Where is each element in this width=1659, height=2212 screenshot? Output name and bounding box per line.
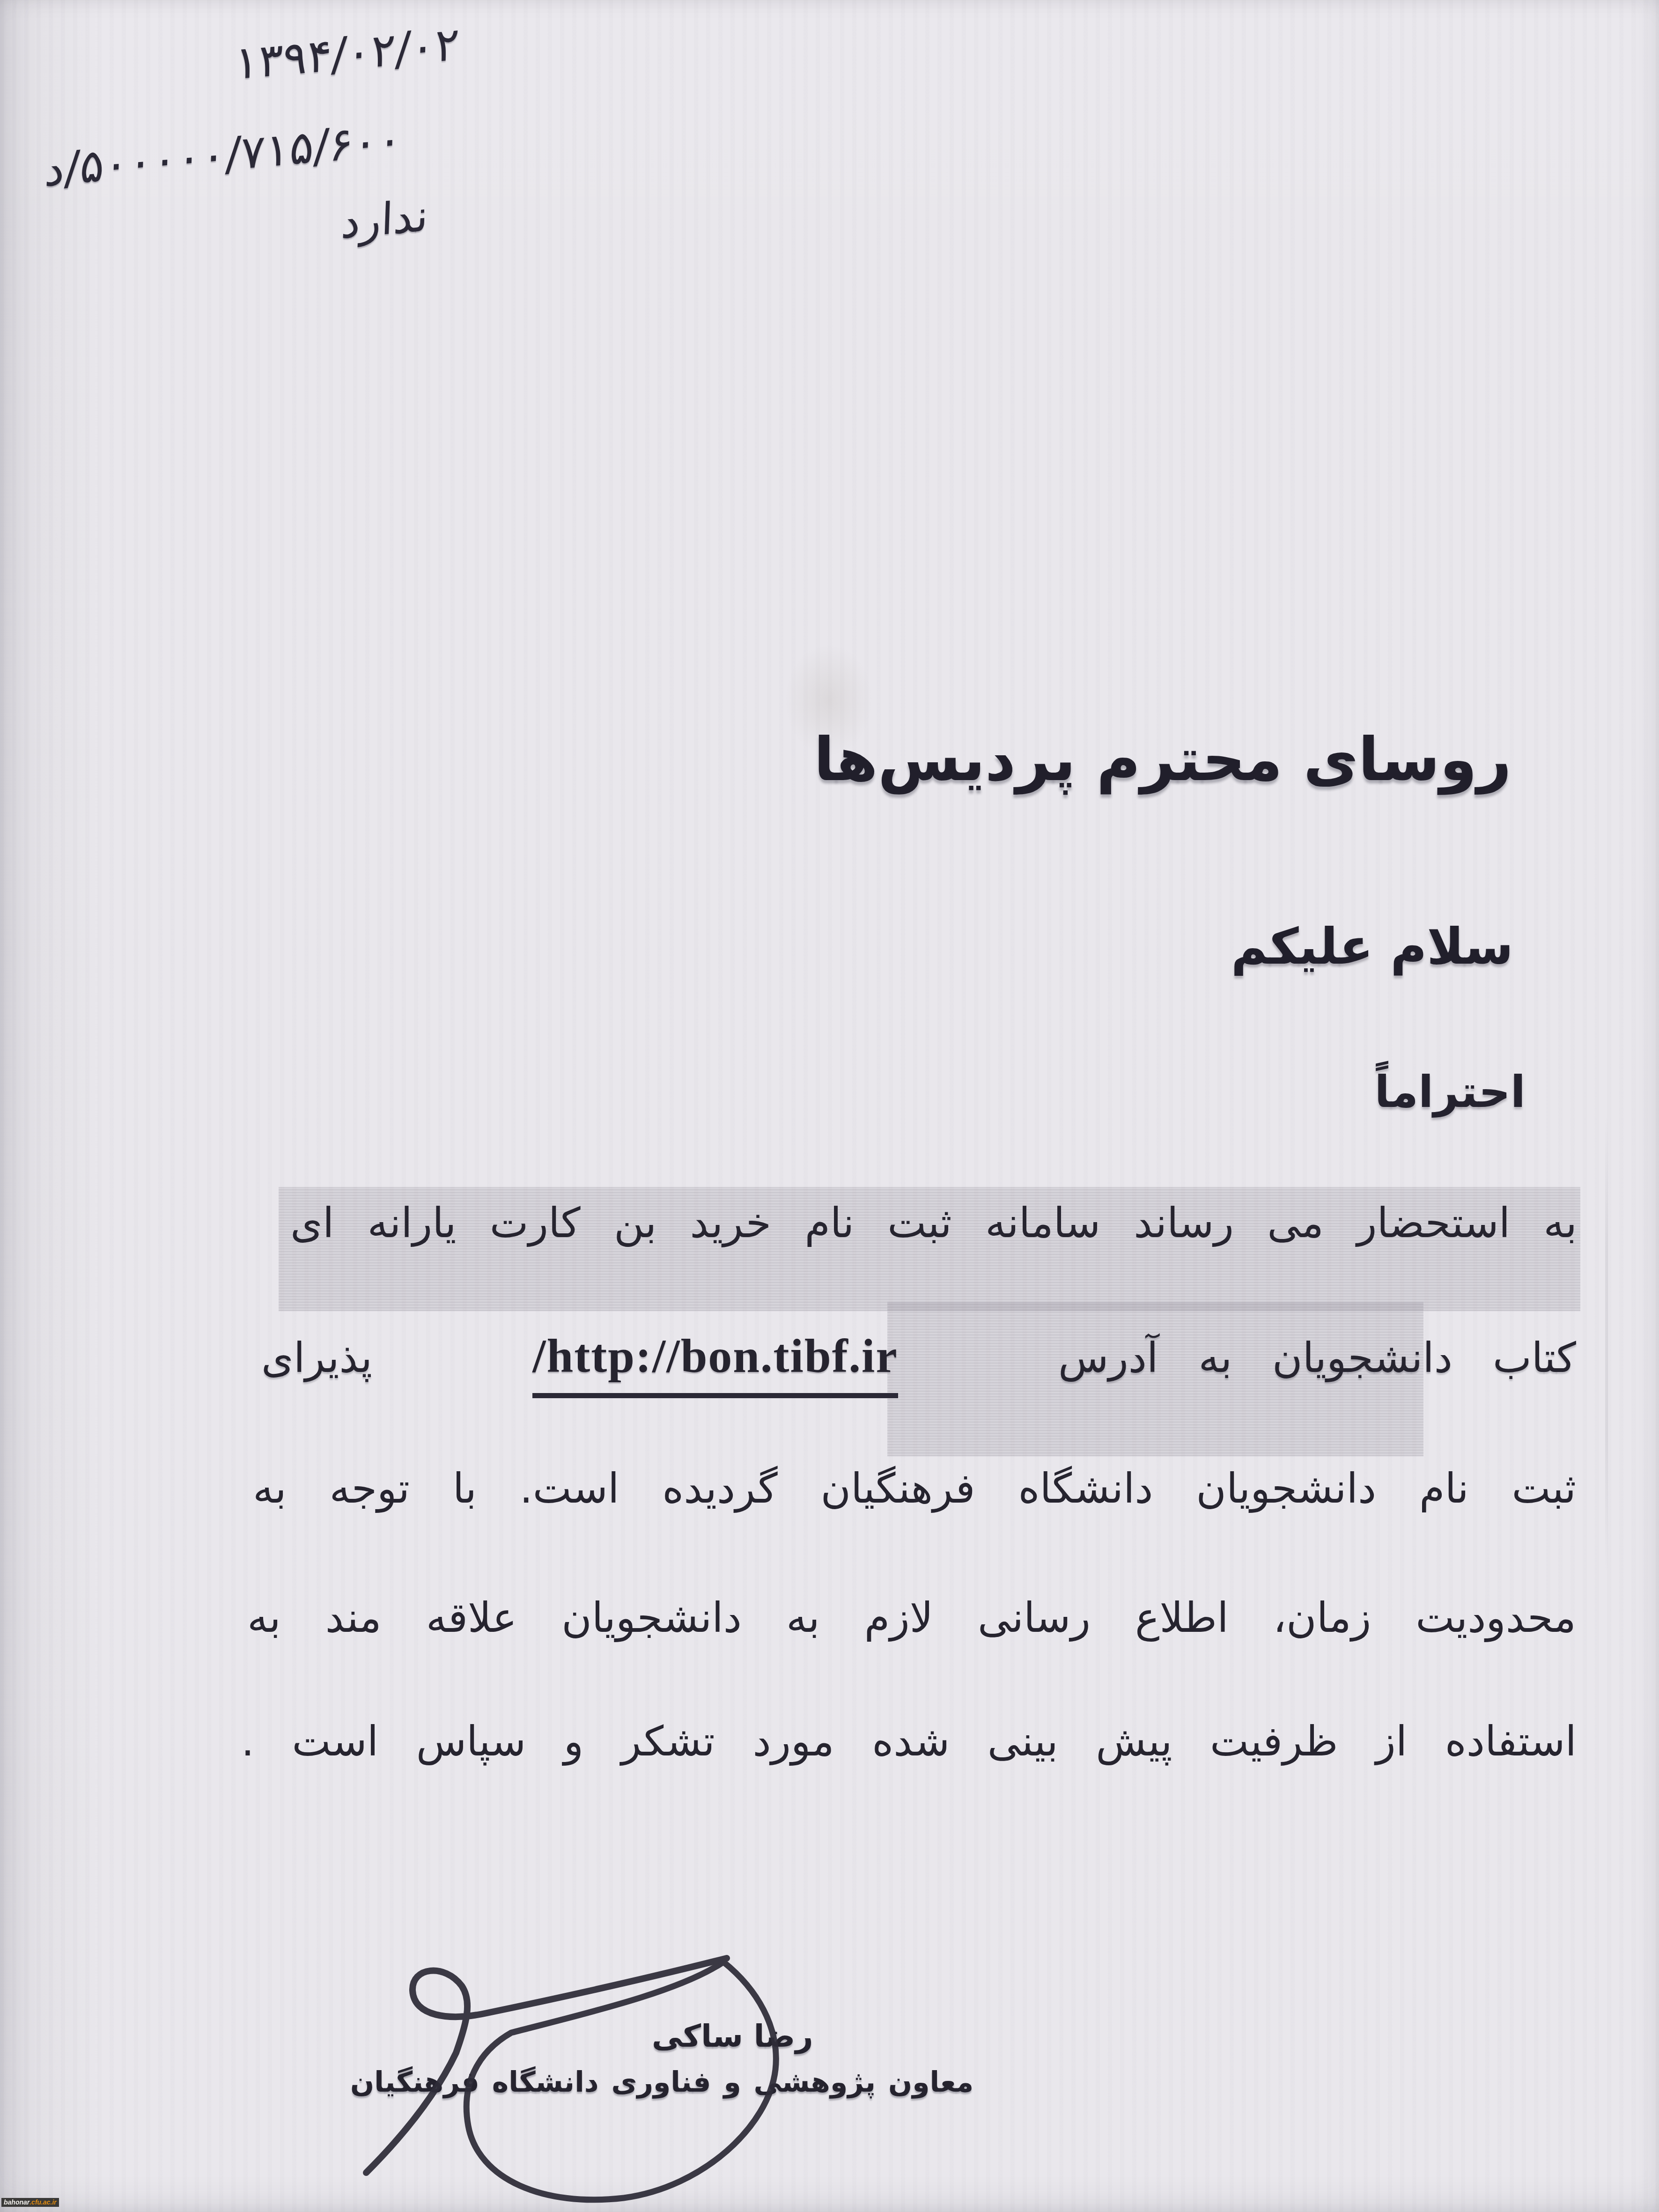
recipient-title: روسای محترم پردیس‌ها [814,725,1512,795]
salutation-text: سلام علیکم [1231,918,1513,975]
signer-name: رضا ساکی [652,2018,813,2054]
body-line-4: محدودیت زمان، اطلاع رسانی لازم به دانشجو… [247,1591,1576,1644]
registration-url-text: http://bon.tibf.ir/ [532,1329,898,1398]
letter-ref-number: ۵۰۰۰۰۰/۷۱۵/۶۰۰/د [44,112,403,197]
body-line-2-post: پذیرای [261,1334,372,1382]
paper-fold-line [1605,1114,1608,1573]
scanned-letter-page: ۱۳۹۴/۰۲/۰۲ ۵۰۰۰۰۰/۷۱۵/۶۰۰/د ندارد روسای … [0,0,1659,2212]
watermark-domain: .cfu.ac.ir [29,2198,57,2207]
body-line-2: کتاب دانشجویان به آدرس http://bon.tibf.i… [261,1329,1576,1398]
body-line-1: به استحضار می رساند سامانه ثبت نام خرید … [290,1196,1577,1250]
body-line-2-pre: کتاب دانشجویان به آدرس [1058,1334,1576,1382]
watermark-site: bahonar [4,2198,29,2207]
letter-attachment-value: ندارد [340,190,429,249]
site-watermark: bahonar.cfu.ac.ir [1,2198,59,2207]
letter-date: ۱۳۹۴/۰۲/۰۲ [233,17,460,90]
letterhead-block: ۱۳۹۴/۰۲/۰۲ ۵۰۰۰۰۰/۷۱۵/۶۰۰/د ندارد [50,0,522,310]
opening-word: احتراماً [1374,1067,1526,1118]
body-line-5: استفاده از ظرفیت پیش بینی شده مورد تشکر … [241,1715,1577,1768]
signer-title: معاون پژوهشی و فناوری دانشگاه فرهنگیان [350,2066,973,2099]
body-line-3: ثبت نام دانشجویان دانشگاه فرهنگیان گردید… [253,1462,1576,1515]
